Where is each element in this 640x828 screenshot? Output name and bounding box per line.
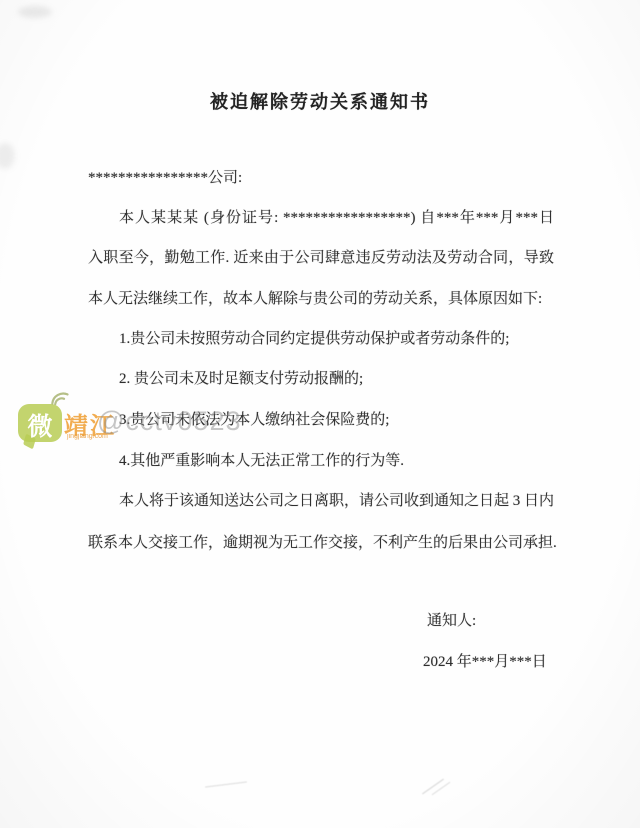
salutation-line: ****************公司:	[88, 168, 554, 188]
speech-bubble-tail	[23, 434, 36, 450]
document-page: 被迫解除劳动关系通知书 ****************公司: 本人某某某 (身…	[0, 0, 640, 828]
body-line: 本人无法继续工作，故本人解除与贵公司的劳动关系，具体原因如下:	[88, 289, 554, 309]
closing-line: 联系本人交接工作，逾期视为无工作交接，不利产生的后果由公司承担.	[88, 533, 554, 553]
list-item-line: 2. 贵公司未及时足额支付劳动报酬的;	[88, 369, 554, 389]
paper-crease	[205, 781, 247, 787]
list-item-line: 1.贵公司未按照劳动合同约定提供劳动保护或者劳动条件的;	[88, 329, 554, 349]
signature-notifier-label: 通知人:	[427, 609, 476, 630]
logo-subtext: jingjiang.com	[67, 433, 108, 440]
paper-smudge	[18, 6, 52, 18]
paper-smudge	[0, 143, 15, 169]
signature-date: 2024 年***月***日	[423, 650, 547, 671]
logo-bubble-character: 微	[18, 406, 62, 444]
list-item-line: 3.贵公司未依法为本人缴纳社会保险费的;	[88, 410, 554, 430]
list-item-line: 4.其他严重影响本人无法正常工作的行为等.	[88, 451, 554, 471]
signal-waves-icon	[48, 388, 72, 414]
body-line: 入职至今，勤勉工作. 近来由于公司肆意违反劳动法及劳动合同，导致	[88, 248, 554, 268]
speech-bubble-logo	[18, 404, 62, 442]
closing-line: 本人将于该通知送达公司之日离职，请公司收到通知之日起 3 日内	[88, 491, 554, 511]
body-line: 本人某某某 (身份证号: *****************) 自***年***…	[88, 208, 554, 228]
document-title: 被迫解除劳动关系通知书	[0, 88, 640, 114]
